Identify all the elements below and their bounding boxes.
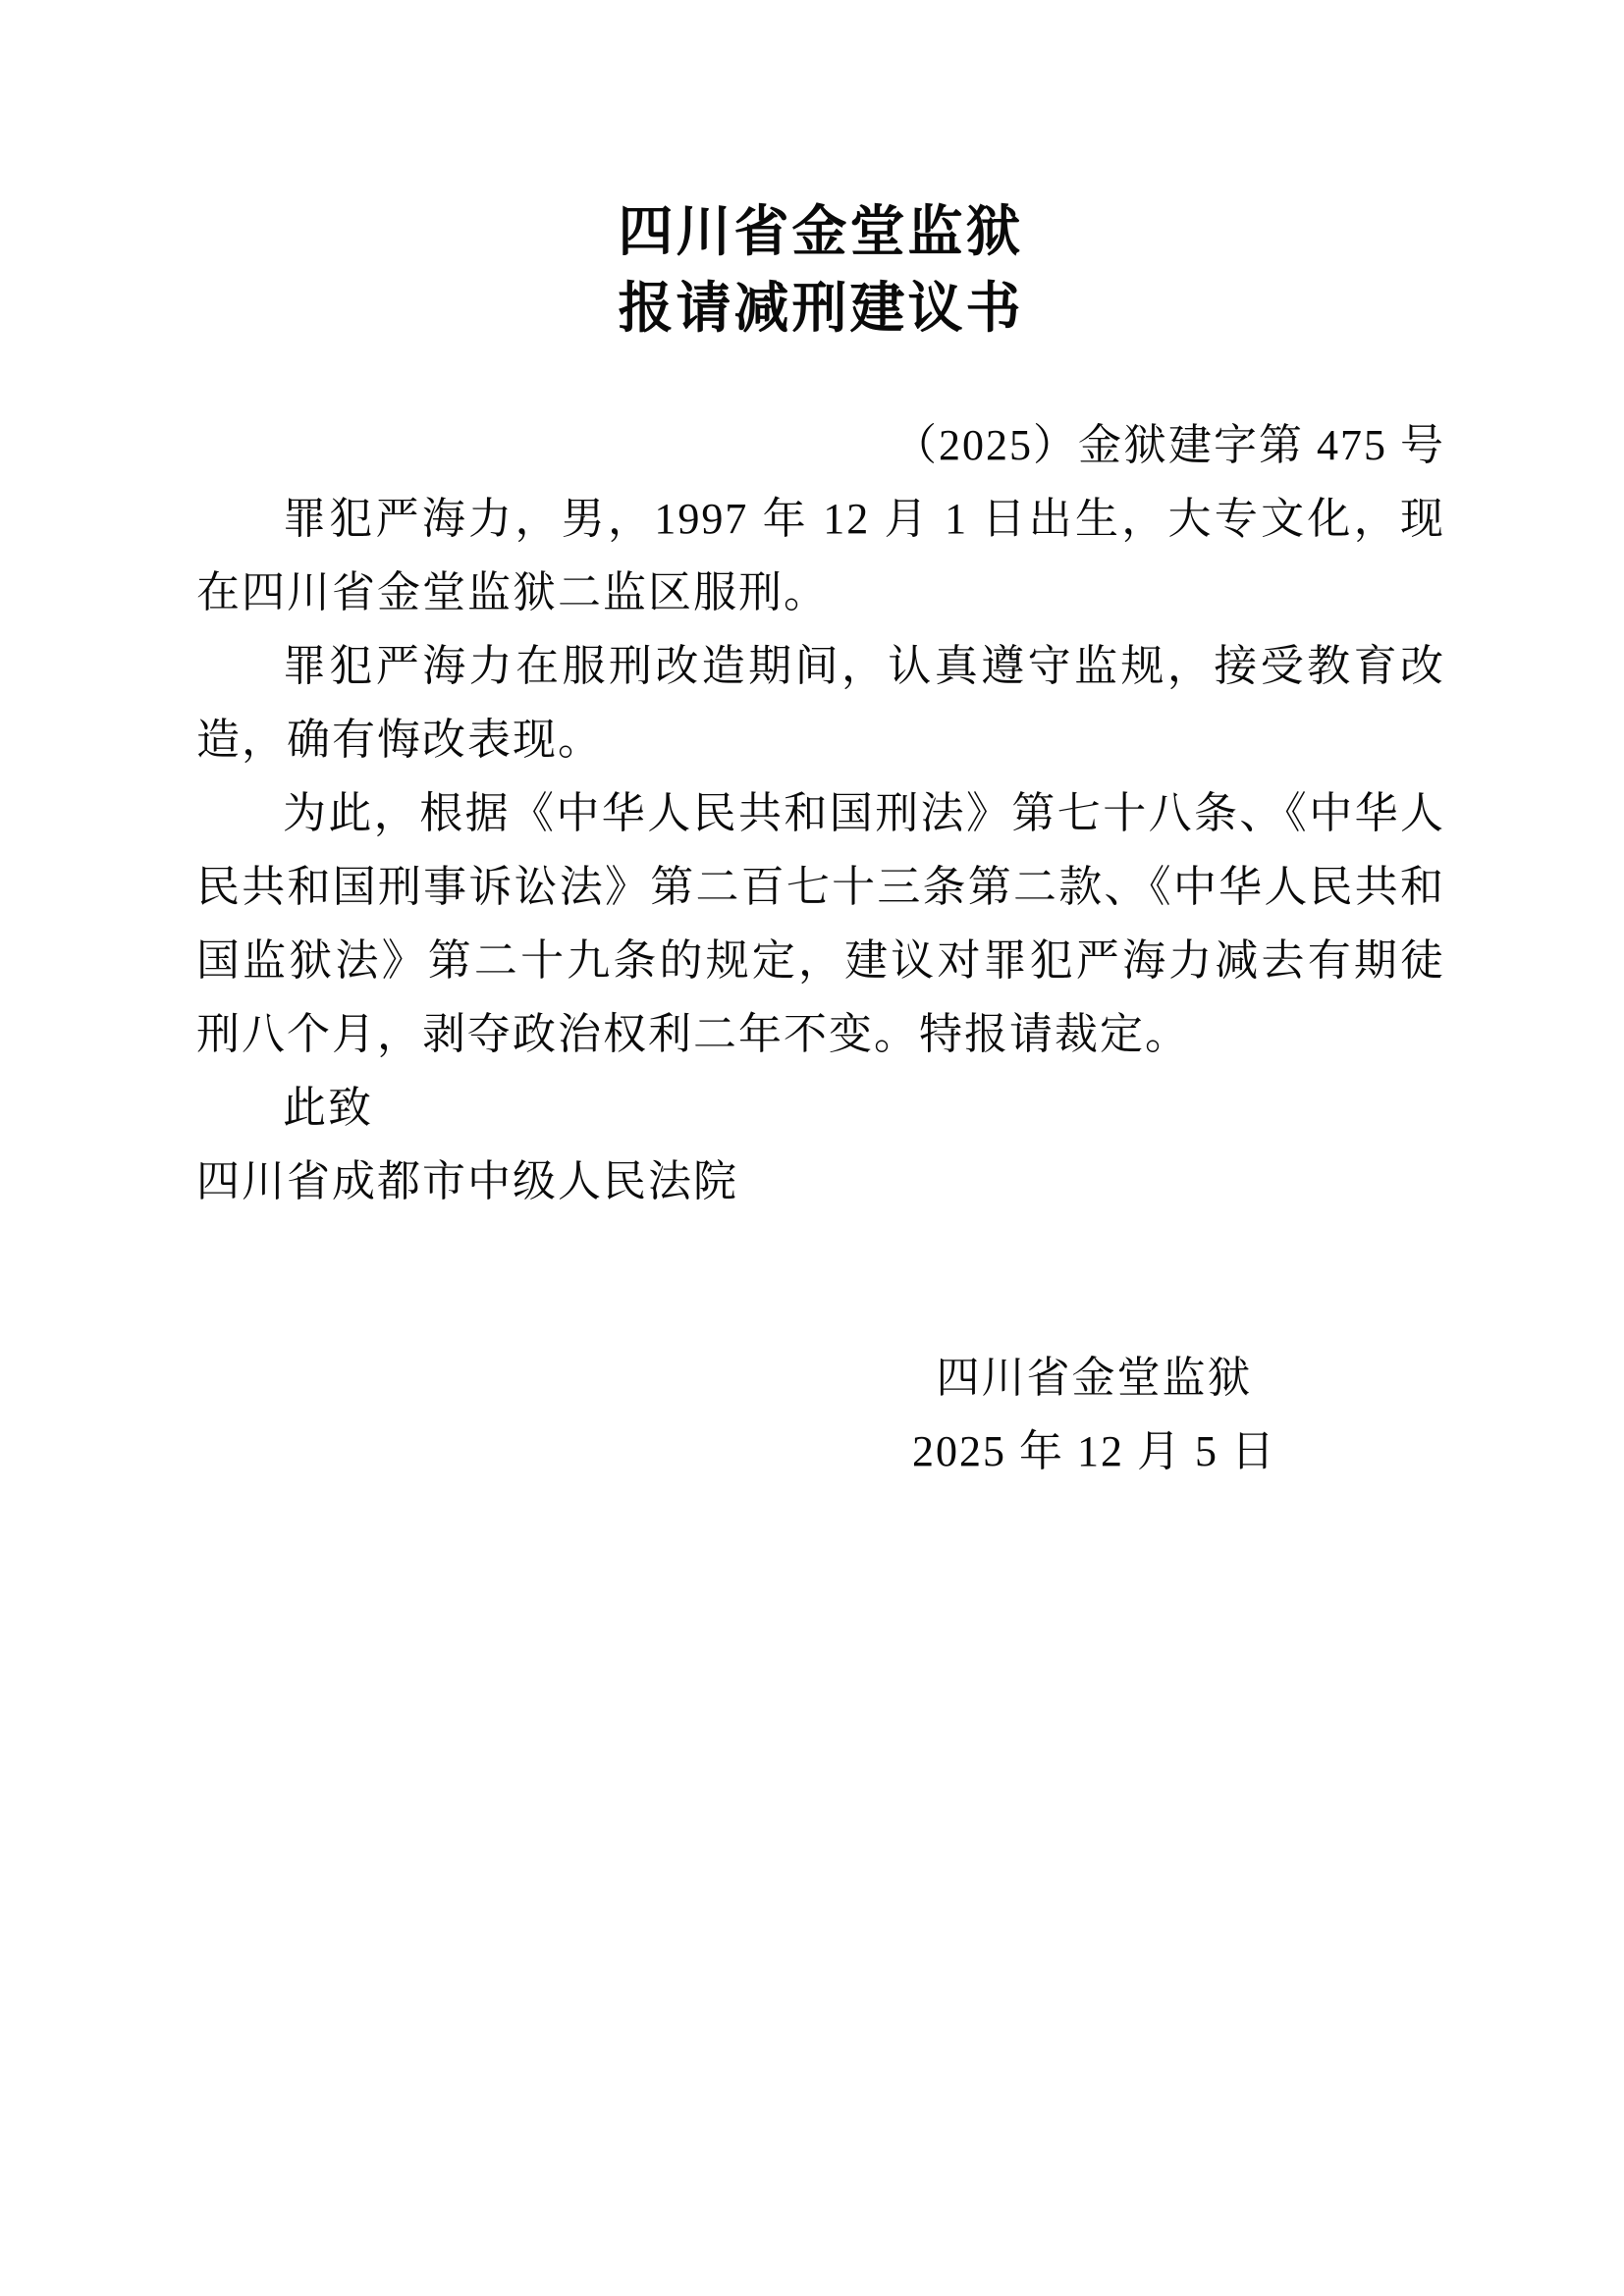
document-page: 四川省金堂监狱 报请减刑建议书 （2025）金狱建字第 475 号 罪犯严海力，… bbox=[0, 0, 1624, 2296]
signature-org: 四川省金堂监狱 bbox=[912, 1341, 1276, 1415]
title-line-2: 报请减刑建议书 bbox=[196, 270, 1445, 347]
closing-phrase: 此致 bbox=[196, 1071, 1445, 1145]
title-line-1: 四川省金堂监狱 bbox=[196, 193, 1445, 270]
document-title: 四川省金堂监狱 报请减刑建议书 bbox=[196, 193, 1445, 347]
signature-block: 四川省金堂监狱 2025 年 12 月 5 日 bbox=[912, 1341, 1276, 1488]
paragraph-legal-basis: 为此，根据《中华人民共和国刑法》第七十八条、《中华人民共和国刑事诉讼法》第二百七… bbox=[196, 776, 1445, 1071]
paragraph-offender-info: 罪犯严海力，男，1997 年 12 月 1 日出生，大专文化，现在四川省金堂监狱… bbox=[196, 482, 1445, 629]
recipient-court: 四川省成都市中级人民法院 bbox=[196, 1145, 1445, 1218]
paragraph-conduct: 罪犯严海力在服刑改造期间，认真遵守监规，接受教育改造，确有悔改表现。 bbox=[196, 629, 1445, 776]
document-number: （2025）金狱建字第 475 号 bbox=[196, 408, 1445, 482]
signature-date: 2025 年 12 月 5 日 bbox=[912, 1415, 1276, 1488]
document-body: 罪犯严海力，男，1997 年 12 月 1 日出生，大专文化，现在四川省金堂监狱… bbox=[196, 482, 1445, 1218]
